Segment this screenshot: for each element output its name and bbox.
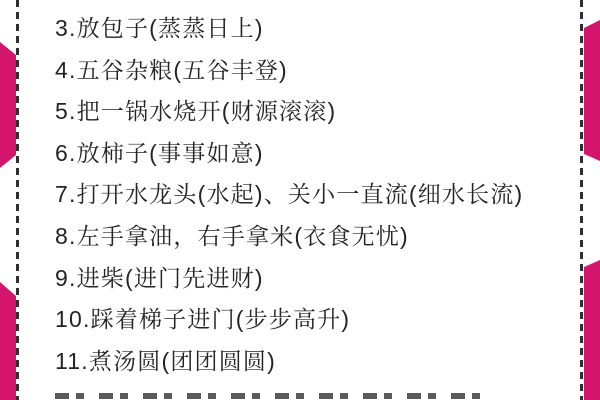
list-item: 3.放包子(蒸蒸日上): [55, 8, 523, 50]
list-item: 8.左手拿油，右手拿米(衣食无忧): [55, 216, 523, 258]
festive-list-card: 3.放包子(蒸蒸日上) 4.五谷杂粮(五谷丰登) 5.把一锅水烧开(财源滚滚) …: [0, 0, 600, 400]
right-torn-border: [584, 0, 600, 400]
truncated-next-row: [55, 393, 490, 399]
right-pink-ribbon-bottom: [584, 260, 600, 400]
right-pink-ribbon-top: [584, 20, 600, 161]
list-item: 5.把一锅水烧开(财源滚滚): [55, 91, 523, 133]
left-torn-border: [0, 0, 16, 400]
left-dashed-cut-line: [16, 0, 19, 400]
right-dashed-cut-line: [580, 0, 583, 400]
customs-list: 3.放包子(蒸蒸日上) 4.五谷杂粮(五谷丰登) 5.把一锅水烧开(财源滚滚) …: [55, 8, 523, 382]
left-pink-ribbon-top: [0, 42, 16, 168]
list-item: 4.五谷杂粮(五谷丰登): [55, 50, 523, 92]
left-pink-ribbon-bottom: [0, 282, 16, 400]
list-item: 10.踩着梯子进门(步步高升): [55, 299, 523, 341]
list-item: 7.打开水龙头(水起)、关小一直流(细水长流): [55, 174, 523, 216]
list-item: 6.放柿子(事事如意): [55, 133, 523, 175]
list-item: 11.煮汤圆(团团圆圆): [55, 341, 523, 383]
list-item: 9.进柴(进门先进财): [55, 258, 523, 300]
